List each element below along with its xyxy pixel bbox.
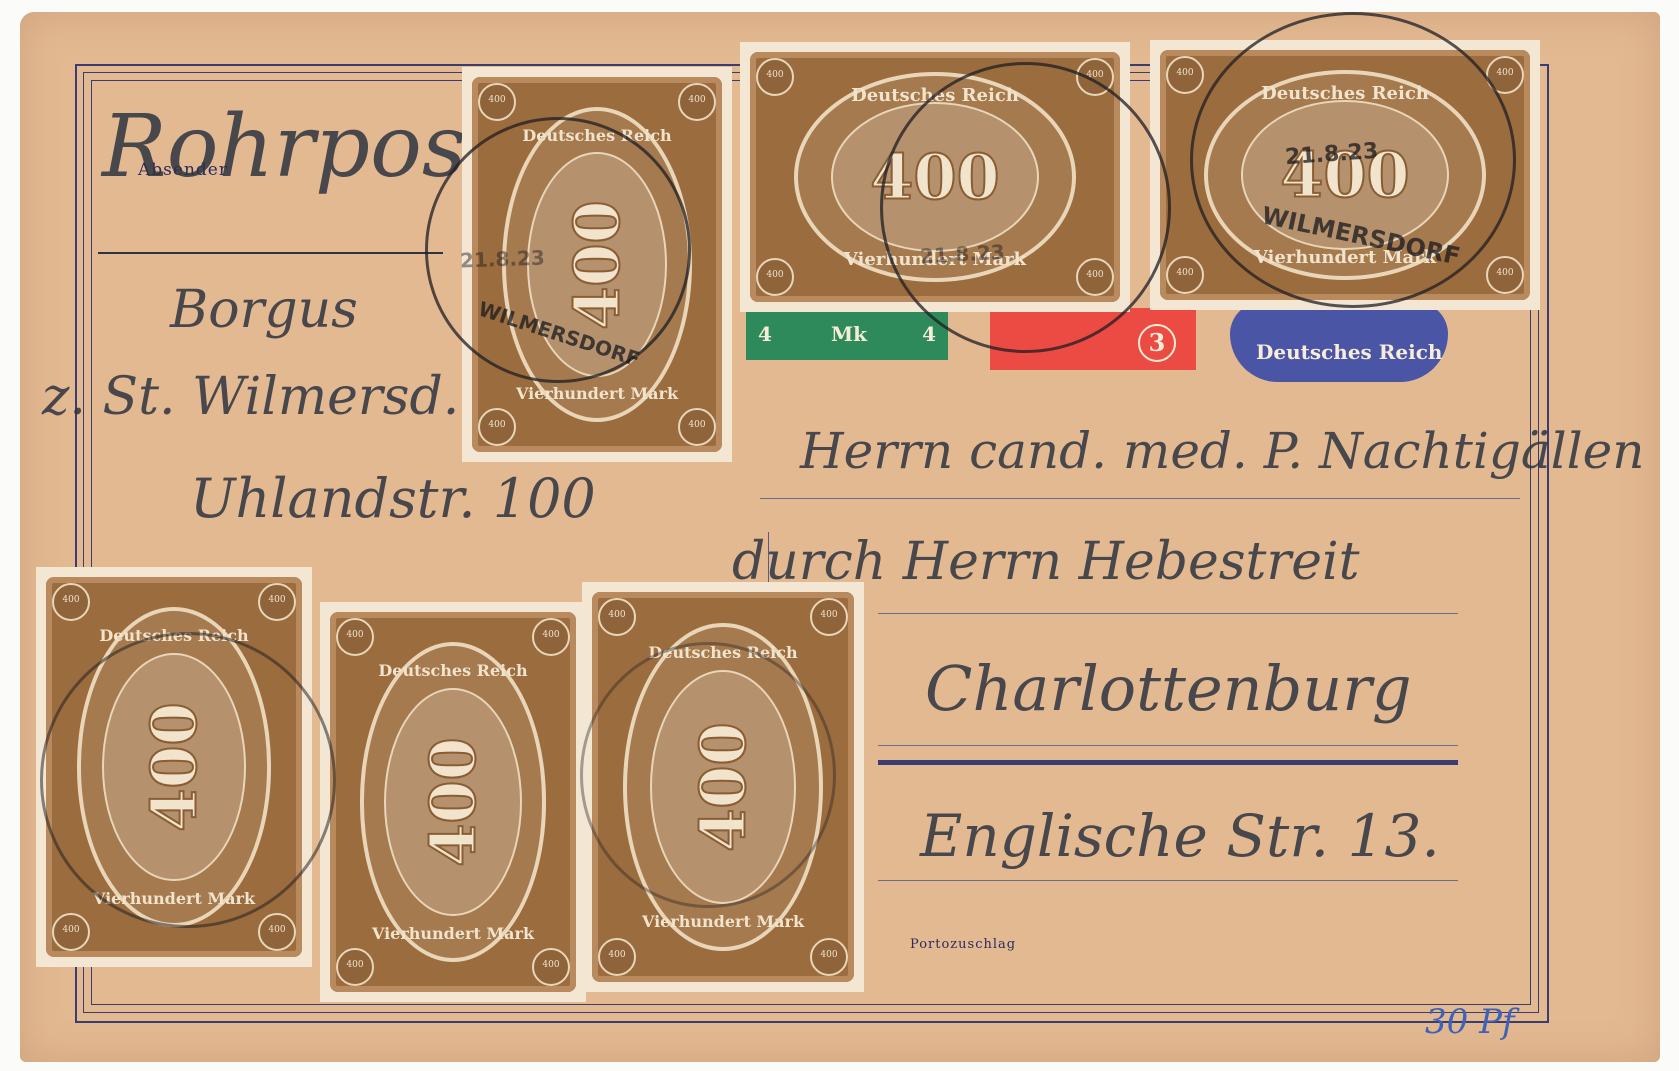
stamp-corner-400: 400 [336, 618, 374, 656]
stamp-corner-400: 400 [336, 948, 374, 986]
stamp-green-4: 4 Mk 4 [746, 308, 948, 360]
handwriting-sender-name: Borgus [170, 280, 358, 340]
stamp-corner-400: 400 [678, 83, 716, 121]
stamp-corner-400: 400 [598, 598, 636, 636]
stamp-corner-400: 400 [532, 618, 570, 656]
postmark-date: 21.8.23 [919, 240, 1005, 268]
pencil-note: 30 Pf [1425, 1002, 1515, 1042]
stamp-corner-400: 400 [258, 583, 296, 621]
address-line [878, 745, 1458, 746]
stamp-corner-400: 400 [1166, 256, 1204, 294]
stamp-400-vertical: Deutsches Reich 400 Vierhundert Mark 400… [320, 602, 586, 1002]
postmark-date: 21.8.23 [460, 246, 546, 273]
address-line [760, 498, 1520, 499]
address-line [878, 613, 1458, 614]
stamp-corner-400: 400 [1486, 256, 1524, 294]
postmark [40, 632, 336, 928]
stamp-corner-400: 400 [478, 408, 516, 446]
handwriting-rohrpost: Rohrpost [102, 97, 501, 197]
stamp-corner-400: 400 [756, 258, 794, 296]
handwriting-sender-district: z. St. Wilmersd. [42, 367, 459, 427]
stamp-corner-400: 400 [810, 938, 848, 976]
stamp-corner-400: 400 [52, 913, 90, 951]
postmark [880, 62, 1171, 353]
handwriting-recipient-street: Englische Str. 13. [920, 802, 1440, 870]
handwriting-sender-street: Uhlandstr. 100 [190, 467, 596, 530]
stamp-corner-400: 400 [1166, 56, 1204, 94]
sender-underline [98, 252, 443, 254]
address-line-thick [878, 760, 1458, 765]
stamp-corner-400: 400 [532, 948, 570, 986]
stamp-corner-400: 400 [478, 83, 516, 121]
postmark [580, 642, 836, 908]
postcard: Absender Rohrpost Borgus z. St. Wilmersd… [20, 12, 1660, 1062]
stamp-corner-400: 400 [678, 408, 716, 446]
handwriting-recipient-city: Charlottenburg [925, 652, 1412, 725]
stamp-corner-400: 400 [52, 583, 90, 621]
stamp-corner-400: 400 [810, 598, 848, 636]
stamp-corner-400: 400 [598, 938, 636, 976]
footer-portozuschlag: Portozuschlag [910, 937, 1016, 952]
stamp-corner-400: 400 [258, 913, 296, 951]
stamp-indicia-deutsches-reich: Deutsches Reich [1230, 302, 1448, 382]
handwriting-recipient-name: Herrn cand. med. P. Nachtigällen [800, 422, 1644, 480]
address-line [878, 880, 1458, 881]
stamp-corner-400: 400 [756, 58, 794, 96]
